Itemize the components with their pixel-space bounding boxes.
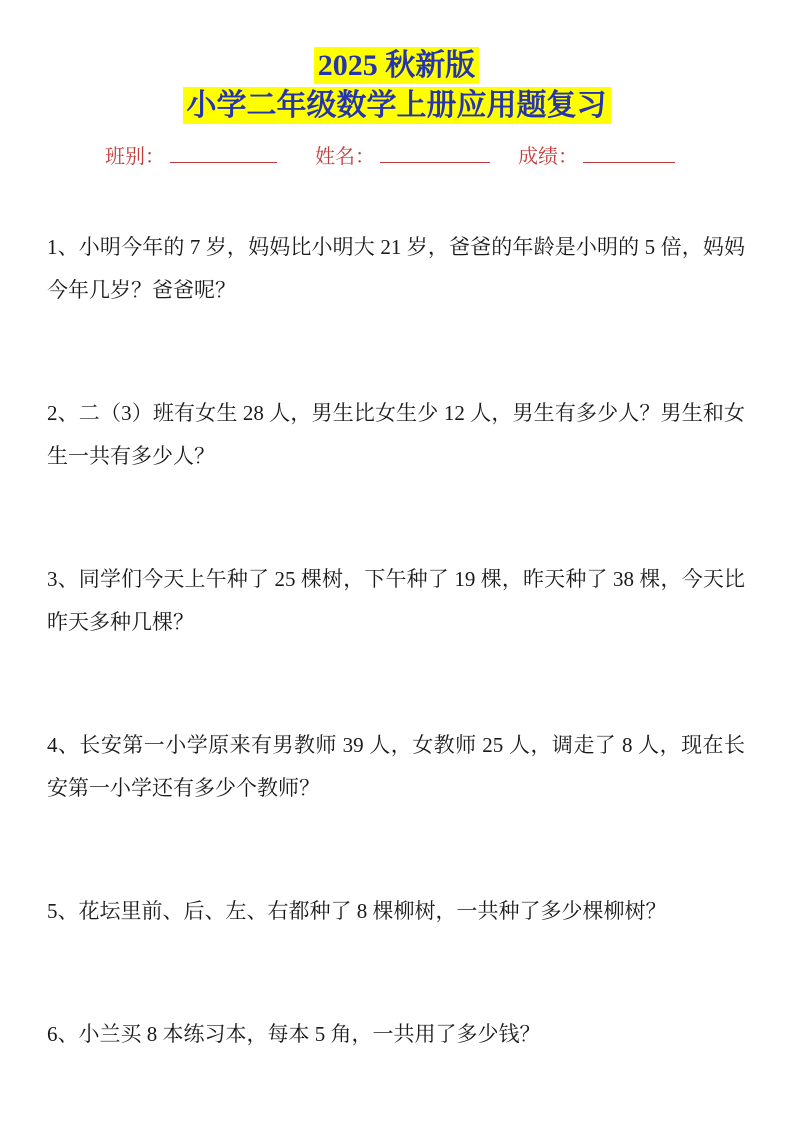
worksheet-title-line2: 小学二年级数学上册应用题复习 xyxy=(0,86,793,126)
question-2: 2、二（3）班有女生 28 人，男生比女生少 12 人，男生有多少人？男生和女生… xyxy=(47,392,745,478)
question-list: 1、小明今年的 7 岁，妈妈比小明大 21 岁，爸爸的年龄是小明的 5 倍，妈妈… xyxy=(0,226,793,1056)
worksheet-header: 2025 秋新版 小学二年级数学上册应用题复习 xyxy=(0,0,793,126)
name-field-label: 姓名： xyxy=(315,146,375,168)
score-field-blank xyxy=(583,141,675,163)
worksheet-title-line1: 2025 秋新版 xyxy=(0,46,793,86)
class-field-blank xyxy=(170,141,277,163)
score-field: 成绩： xyxy=(518,140,675,169)
student-info-line: 班别： 姓名： 成绩： xyxy=(0,140,793,169)
title-highlight-2: 小学二年级数学上册应用题复习 xyxy=(183,87,611,124)
class-field-label: 班别： xyxy=(105,146,165,168)
name-field: 姓名： xyxy=(315,140,490,169)
question-5: 5、花坛里前、后、左、右都种了 8 棵柳树，一共种了多少棵柳树？ xyxy=(47,890,745,933)
question-1: 1、小明今年的 7 岁，妈妈比小明大 21 岁，爸爸的年龄是小明的 5 倍，妈妈… xyxy=(47,226,745,312)
title-highlight-1: 2025 秋新版 xyxy=(314,47,480,84)
question-6: 6、小兰买 8 本练习本，每本 5 角，一共用了多少钱？ xyxy=(47,1013,745,1056)
worksheet-page: 2025 秋新版 小学二年级数学上册应用题复习 班别： 姓名： 成绩： 1、小明… xyxy=(0,0,793,1122)
name-field-blank xyxy=(380,141,490,163)
class-field: 班别： xyxy=(105,140,277,169)
score-field-label: 成绩： xyxy=(518,146,578,168)
question-4: 4、长安第一小学原来有男教师 39 人，女教师 25 人，调走了 8 人，现在长… xyxy=(47,724,745,810)
question-3: 3、同学们今天上午种了 25 棵树，下午种了 19 棵，昨天种了 38 棵，今天… xyxy=(47,558,745,644)
